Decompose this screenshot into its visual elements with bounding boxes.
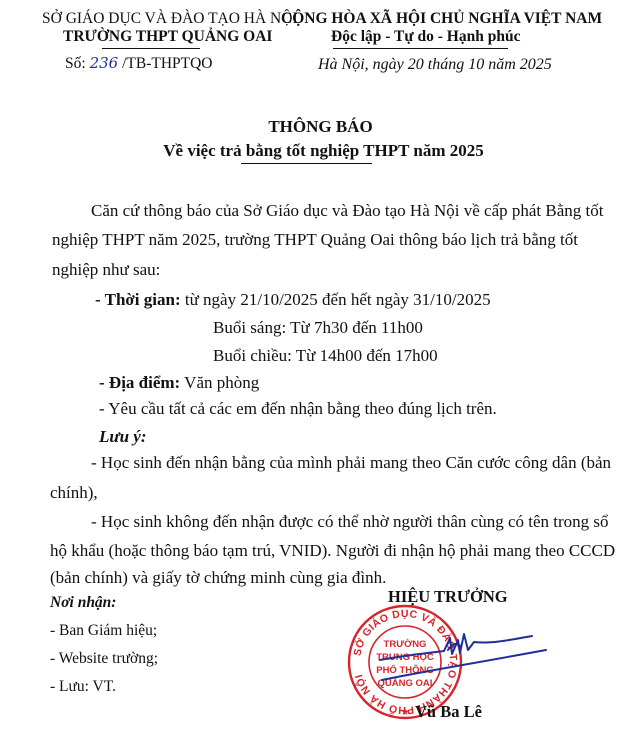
place-date: Hà Nội, ngày 20 tháng 10 năm 2025 xyxy=(318,56,552,74)
afternoon-hours: Buổi chiều: Từ 14h00 đến 17h00 xyxy=(213,346,438,366)
morning-hours: Buổi sáng: Từ 7h30 đến 11h00 xyxy=(213,318,423,338)
signer-name: Vũ Ba Lê xyxy=(415,702,482,722)
national-motto: Độc lập - Tự do - Hạnh phúc xyxy=(331,28,520,46)
document-number: Số: 236 /TB-THPTQO xyxy=(65,54,213,73)
location-line: - Địa điểm: Văn phòng xyxy=(99,373,259,393)
agency-name: SỞ GIÁO DỤC VÀ ĐÀO TẠO HÀ NỘI xyxy=(42,10,298,28)
svg-text:★: ★ xyxy=(401,707,410,718)
note-1-line-1: - Học sinh đến nhận bằng của mình phải m… xyxy=(91,453,576,473)
school-name: TRƯỜNG THPT QUẢNG OAI xyxy=(63,28,272,46)
note-2-line-1: - Học sinh không đến nhận được có thể nh… xyxy=(91,512,575,532)
number-suffix: /TB-THPTQO xyxy=(122,55,212,72)
time-value: từ ngày 21/10/2025 đến hết ngày 31/10/20… xyxy=(181,290,491,309)
intro-line-1: Căn cứ thông báo của Sở Giáo dục và Đào … xyxy=(91,201,576,221)
number-prefix: Số: xyxy=(65,55,86,72)
notice-subject: Về việc trả bằng tốt nghiệp THPT năm 202… xyxy=(0,141,641,161)
subject-underline xyxy=(241,163,372,164)
time-line: - Thời gian: từ ngày 21/10/2025 đến hết … xyxy=(95,290,491,310)
recipient-item: - Ban Giám hiệu; xyxy=(50,622,157,640)
number-handwritten: 236 xyxy=(90,54,119,72)
intro-line-3: nghiệp như sau: xyxy=(52,260,160,280)
location-value: Văn phòng xyxy=(180,373,259,392)
note-2-line-3: (bản chính) và giấy tờ chứng minh cùng g… xyxy=(50,568,386,588)
notice-heading: THÔNG BÁO xyxy=(0,117,641,137)
nation-name: CỘNG HÒA XÃ HỘI CHỦ NGHĨA VIỆT NAM xyxy=(281,10,602,28)
recipient-item: - Website trường; xyxy=(50,650,158,668)
location-label: - Địa điểm: xyxy=(99,373,180,392)
recipients-label: Nơi nhận: xyxy=(50,594,116,612)
note-label: Lưu ý: xyxy=(99,427,146,447)
motto-underline xyxy=(333,48,508,49)
time-label: - Thời gian: xyxy=(95,290,181,309)
note-1-line-2: chính), xyxy=(50,483,98,503)
recipient-item: - Lưu: VT. xyxy=(50,678,116,696)
intro-line-2: nghiệp THPT năm 2025, trường THPT Quảng … xyxy=(52,230,576,250)
handwritten-signature xyxy=(360,620,560,690)
school-underline xyxy=(102,48,200,49)
note-2-line-2: hộ khẩu (hoặc thông báo tạm trú, VNID). … xyxy=(50,541,576,561)
requirement-line: - Yêu cầu tất cả các em đến nhận bằng th… xyxy=(99,399,497,419)
